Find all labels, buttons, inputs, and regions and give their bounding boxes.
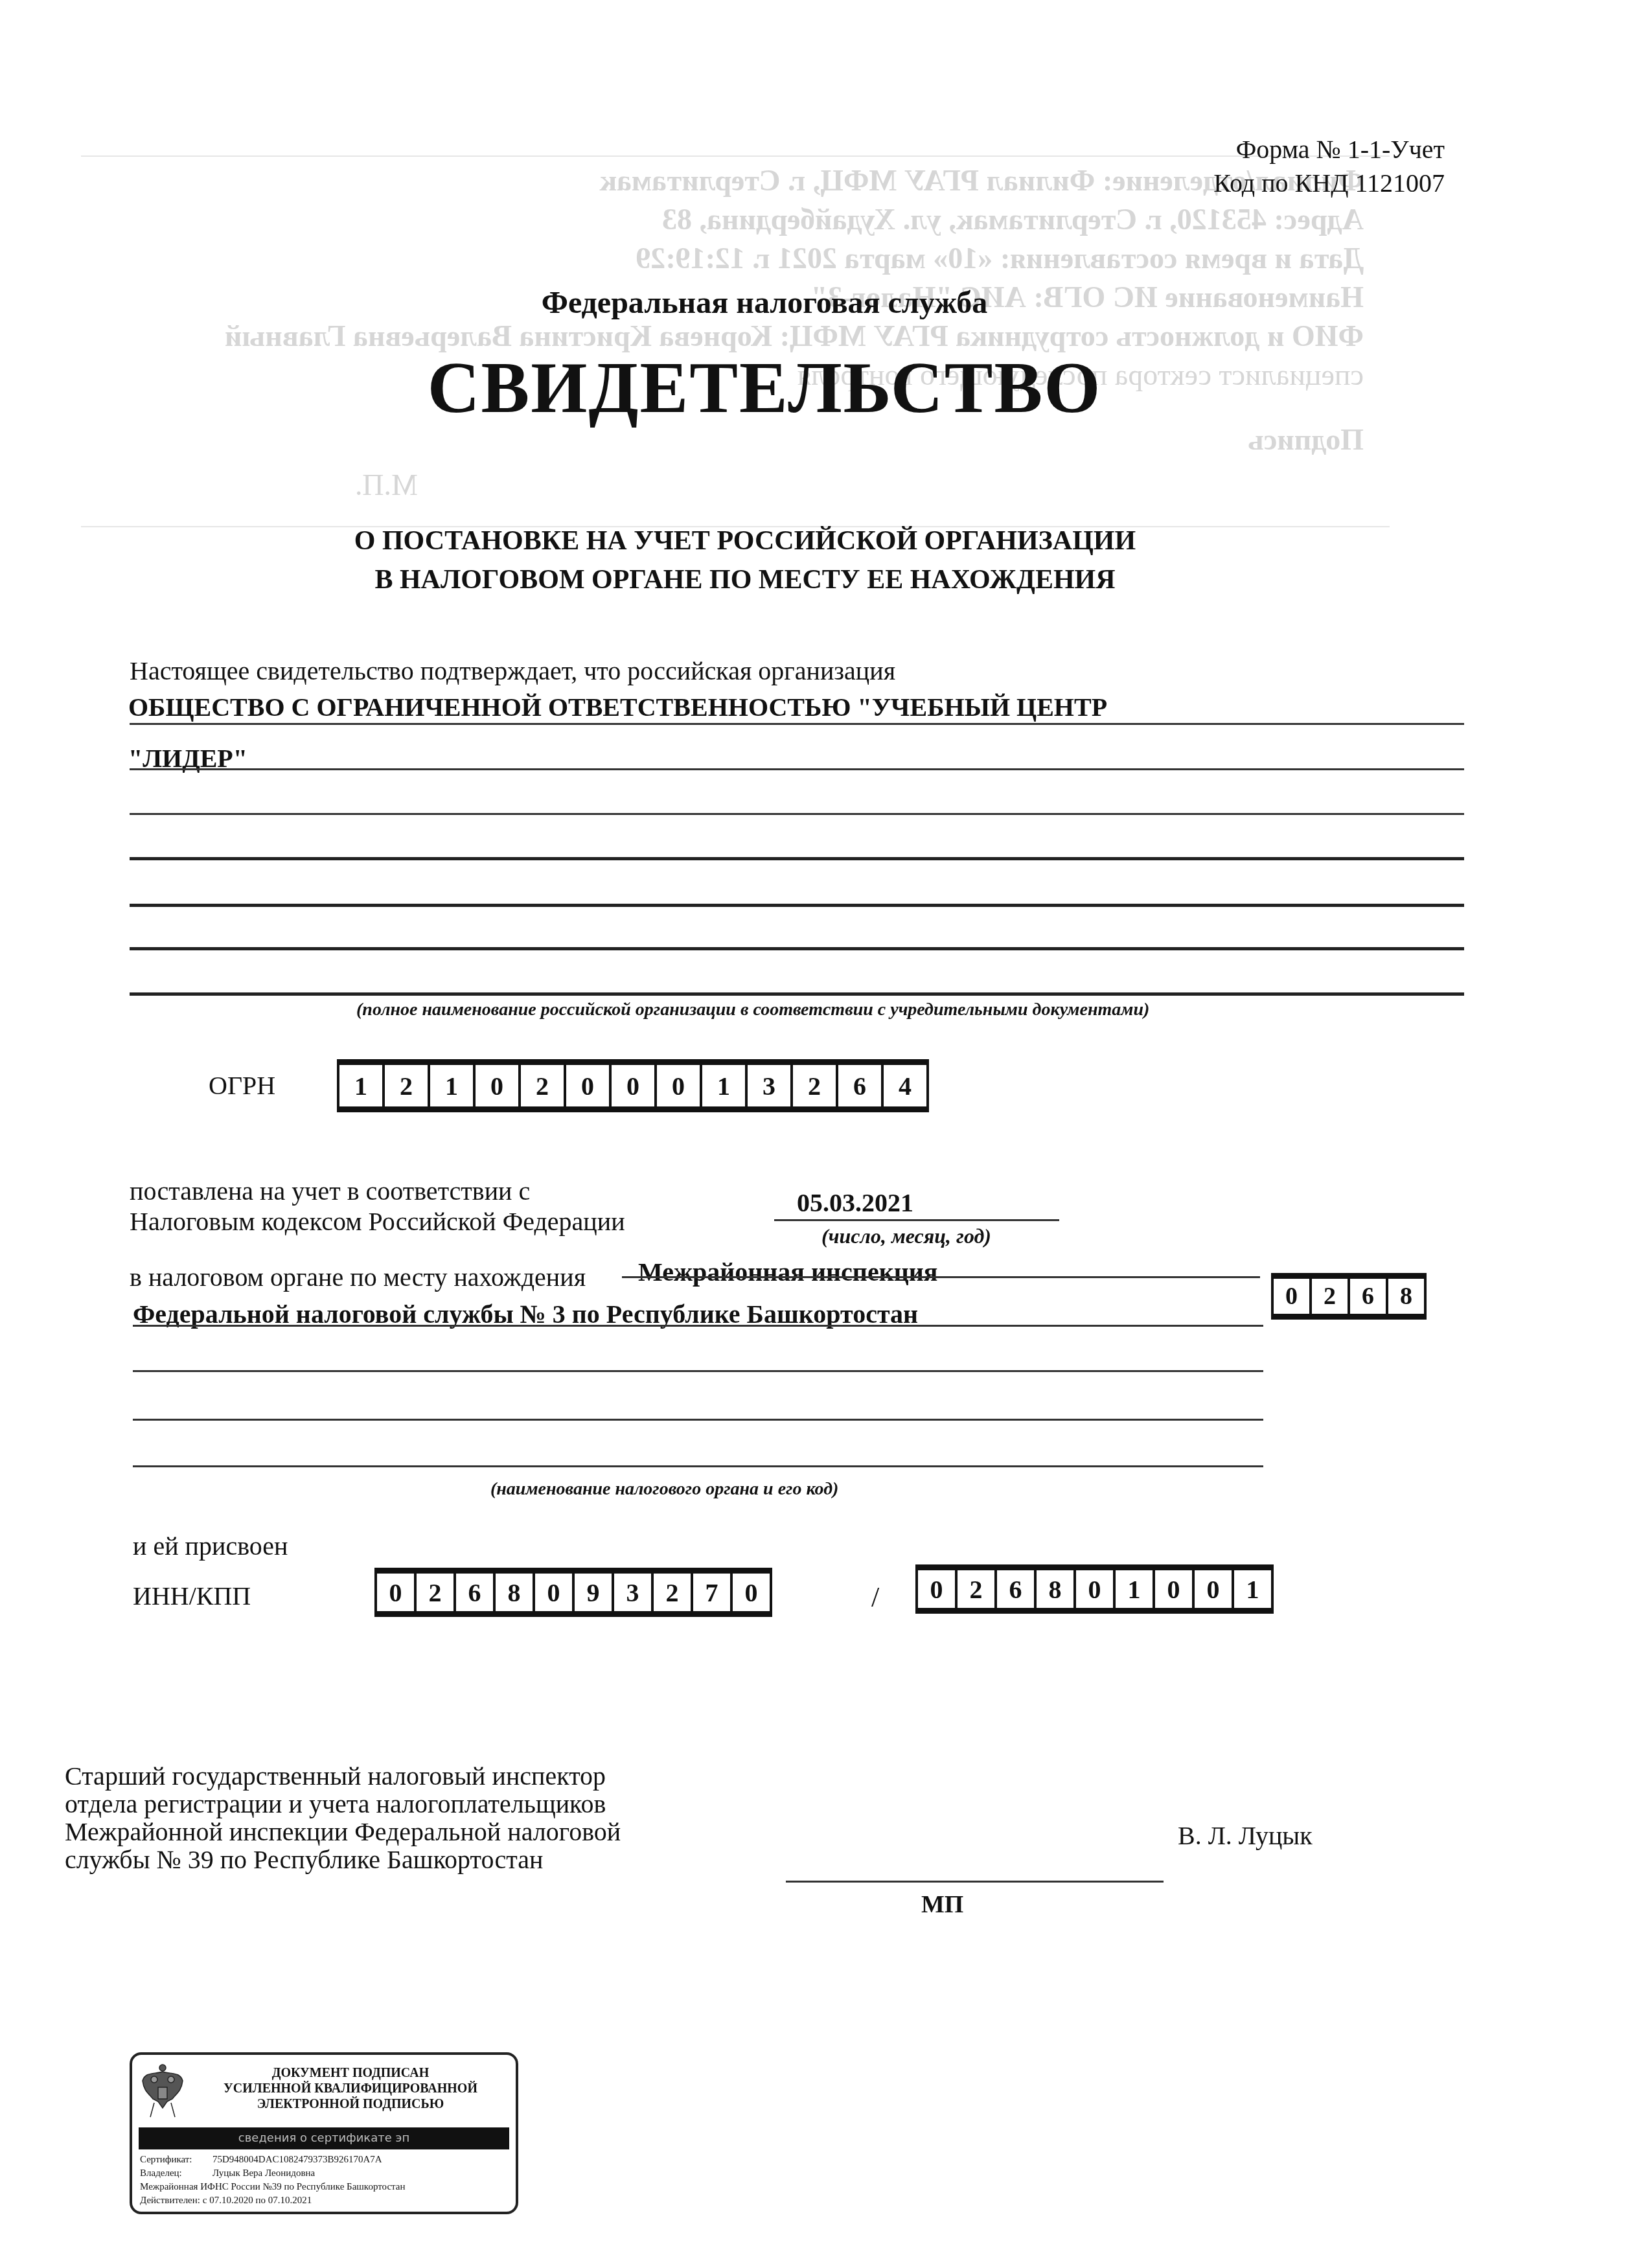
tax-authority-hint: (наименование налогового органа и его ко… — [490, 1479, 838, 1500]
fill-line — [130, 857, 1464, 860]
position-line: Межрайонной инспекции Федеральной налого… — [65, 1818, 621, 1846]
inn-kpp-label: ИНН/КПП — [133, 1581, 251, 1611]
fill-line — [130, 813, 1464, 815]
organization-intro: Настоящее свидетельство подтверждает, чт… — [130, 656, 895, 686]
organization-name-hint: (полное наименование российской организа… — [356, 1000, 1149, 1020]
page-title: СВИДЕТЕЛЬСТВО — [0, 347, 1529, 430]
kpp-field: 026801001 — [915, 1564, 1274, 1614]
inn-digit-cell: 2 — [654, 1574, 693, 1611]
ogrn-digit-cell: 2 — [793, 1065, 838, 1106]
registration-line2: Налоговым кодексом Российской Федерации — [130, 1206, 625, 1237]
date-line — [774, 1219, 1059, 1221]
inn-digit-cell: 8 — [496, 1574, 535, 1611]
ghost-line: Адрес: 453120, г. Стерлитамак, ул. Худай… — [81, 202, 1390, 236]
registration-line1: поставлена на учет в соответствии с — [130, 1176, 530, 1206]
ogrn-digit-cell: 0 — [612, 1065, 657, 1106]
inn-assigned-label: и ей присвоен — [133, 1531, 288, 1561]
registration-date: 05.03.2021 — [771, 1187, 939, 1218]
stamp-heading-line: УСИЛЕННОЙ КВАЛИФИЦИРОВАННОЙ — [190, 2081, 511, 2096]
ogrn-digit-cell: 6 — [838, 1065, 884, 1106]
stamp-heading: ДОКУМЕНТ ПОДПИСАН УСИЛЕННОЙ КВАЛИФИЦИРОВ… — [190, 2065, 511, 2112]
inn-digit-cell: 7 — [693, 1574, 733, 1611]
ogrn-digit-cell: 3 — [748, 1065, 793, 1106]
certificate-value: 75D948004DAC1082479373B926170A7A — [212, 2155, 382, 2165]
position-line: Старший государственный налоговый инспек… — [65, 1762, 621, 1790]
fill-line — [133, 1465, 1263, 1467]
inn-digit-cell: 9 — [575, 1574, 614, 1611]
tax-authority-name-line1: Межрайонная инспекция — [638, 1257, 937, 1287]
fill-line — [133, 1325, 1263, 1327]
kpp-digit-cell: 0 — [1076, 1570, 1116, 1608]
tax-code-digit-cell: 2 — [1312, 1279, 1350, 1314]
inn-digit-cell: 0 — [377, 1574, 417, 1611]
validity-label: Действителен: — [140, 2195, 200, 2206]
tax-authority-code-field: 0268 — [1271, 1273, 1427, 1320]
coat-of-arms-icon — [140, 2063, 185, 2121]
tax-code-digit-cell: 8 — [1388, 1279, 1427, 1314]
ghost-line: Дата и время составления: «10» марта 202… — [81, 241, 1390, 275]
organization-name-line1: ОБЩЕСТВО С ОГРАНИЧЕННОЙ ОТВЕТСТВЕННОСТЬЮ… — [128, 692, 1107, 722]
inn-digit-cell: 6 — [456, 1574, 496, 1611]
ogrn-digit-cell: 0 — [476, 1065, 521, 1106]
certificate-info-bar: сведения о сертификате эп — [139, 2127, 509, 2149]
tax-code-digit-cell: 0 — [1274, 1279, 1312, 1314]
kpp-digit-cell: 1 — [1116, 1570, 1155, 1608]
kpp-digit-cell: 0 — [918, 1570, 958, 1608]
tax-authority-label: в налоговом органе по месту нахождения — [130, 1262, 586, 1292]
kpp-digit-cell: 2 — [958, 1570, 997, 1608]
fill-line — [130, 904, 1464, 907]
ogrn-digit-cell: 1 — [430, 1065, 476, 1106]
ogrn-field: 1210200013264 — [337, 1059, 929, 1112]
certificate-label: Сертификат: — [140, 2153, 212, 2167]
signature-line — [786, 1881, 1164, 1883]
signatory-position: Старший государственный налоговый инспек… — [65, 1762, 621, 1873]
subtitle-line: В НАЛОГОВОМ ОРГАНЕ ПО МЕСТУ ЕЕ НАХОЖДЕНИ… — [0, 560, 1490, 599]
kpp-digit-cell: 0 — [1195, 1570, 1234, 1608]
signatory-name: В. Л. Луцык — [1178, 1820, 1313, 1851]
ogrn-digit-cell: 0 — [657, 1065, 702, 1106]
ogrn-digit-cell: 2 — [385, 1065, 430, 1106]
position-line: отдела регистрации и учета налогоплатель… — [65, 1790, 621, 1818]
position-line: службы № 39 по Республике Башкортостан — [65, 1846, 621, 1873]
subtitle-line: О ПОСТАНОВКЕ НА УЧЕТ РОССИЙСКОЙ ОРГАНИЗА… — [0, 521, 1490, 560]
kpp-digit-cell: 8 — [1037, 1570, 1076, 1608]
fill-line — [130, 947, 1464, 950]
fill-line — [130, 992, 1464, 996]
owner-row: Владелец:Луцык Вера Леонидовна — [140, 2167, 511, 2181]
ghost-line: Филиал/отделение: Филиал РГАУ МФЦ, г. Ст… — [81, 163, 1390, 198]
tax-code-digit-cell: 6 — [1350, 1279, 1388, 1314]
date-hint: (число, месяц, год) — [821, 1224, 991, 1248]
inn-kpp-separator: / — [871, 1581, 879, 1614]
stamp-place-label: МП — [921, 1890, 963, 1919]
fill-line — [130, 768, 1464, 770]
ogrn-digit-cell: 0 — [566, 1065, 612, 1106]
knd-code: Код по КНД 1121007 — [1213, 166, 1445, 200]
validity-value: с 07.10.2020 по 07.10.2021 — [203, 2195, 312, 2206]
certificate-row: Сертификат:75D948004DAC1082479373B926170… — [140, 2153, 511, 2167]
fill-line — [133, 1370, 1263, 1372]
fill-line — [622, 1276, 1260, 1278]
ogrn-label: ОГРН — [209, 1070, 275, 1101]
validity-row: Действителен: с 07.10.2020 по 07.10.2021 — [140, 2194, 511, 2208]
owner-value: Луцык Вера Леонидовна — [212, 2168, 315, 2179]
issuer-row: Межрайонная ИФНС России №39 по Республик… — [140, 2181, 511, 2194]
inn-digit-cell: 2 — [417, 1574, 456, 1611]
form-number: Форма № 1-1-Учет — [1213, 133, 1445, 166]
ghost-line: М.П. — [81, 468, 1390, 502]
e-signature-stamp: ДОКУМЕНТ ПОДПИСАН УСИЛЕННОЙ КВАЛИФИЦИРОВ… — [130, 2052, 518, 2214]
owner-label: Владелец: — [140, 2167, 212, 2181]
inn-digit-cell: 0 — [535, 1574, 575, 1611]
page-subtitle: О ПОСТАНОВКЕ НА УЧЕТ РОССИЙСКОЙ ОРГАНИЗА… — [0, 521, 1490, 599]
bleed-through-text: Филиал/отделение: Филиал РГАУ МФЦ, г. Ст… — [81, 155, 1390, 527]
certificate-details: Сертификат:75D948004DAC1082479373B926170… — [140, 2153, 511, 2208]
kpp-digit-cell: 0 — [1155, 1570, 1195, 1608]
fill-line — [130, 723, 1464, 725]
stamp-heading-line: ЭЛЕКТРОННОЙ ПОДПИСЬЮ — [190, 2096, 511, 2112]
agency-name: Федеральная налоговая служба — [0, 285, 1529, 321]
inn-digit-cell: 3 — [614, 1574, 654, 1611]
inn-field: 0268093270 — [374, 1568, 772, 1617]
ogrn-digit-cell: 4 — [884, 1065, 929, 1106]
ogrn-digit-cell: 2 — [521, 1065, 566, 1106]
stamp-heading-line: ДОКУМЕНТ ПОДПИСАН — [190, 2065, 511, 2081]
kpp-digit-cell: 6 — [997, 1570, 1037, 1608]
kpp-digit-cell: 1 — [1234, 1570, 1274, 1608]
ogrn-digit-cell: 1 — [702, 1065, 748, 1106]
form-meta: Форма № 1-1-Учет Код по КНД 1121007 — [1213, 133, 1445, 200]
inn-digit-cell: 0 — [733, 1574, 772, 1611]
ogrn-digit-cell: 1 — [339, 1065, 385, 1106]
fill-line — [133, 1419, 1263, 1421]
